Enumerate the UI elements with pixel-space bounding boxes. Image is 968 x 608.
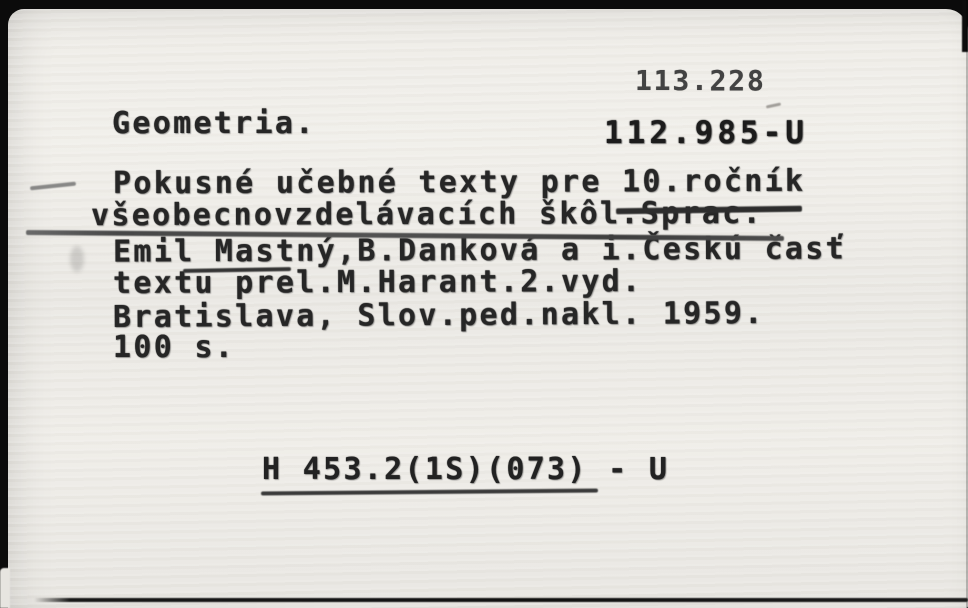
ink-smudge (70, 246, 84, 272)
body-line: Bratislava, Slov.ped.nakl. 1959. (113, 299, 765, 333)
scan-edge-left-fade (0, 568, 10, 608)
body-line: všeobecnovzdelávacích škôl.Sprac. (91, 199, 763, 231)
classification-line: H 453.2(1S)(073) - U (262, 455, 669, 485)
body-line: 100 s. (113, 333, 235, 363)
body-line: Pokusné učebné texty pre 10.ročník (113, 167, 805, 199)
scan-edge-bottom (34, 598, 968, 602)
catalog-card-scan: 113.228 Geometria. 112.985-U Pokusné uče… (0, 0, 968, 608)
subject-heading: Geometria. (112, 109, 316, 139)
call-number: 112.985-U (604, 118, 808, 149)
accession-number: 113.228 (635, 67, 766, 95)
